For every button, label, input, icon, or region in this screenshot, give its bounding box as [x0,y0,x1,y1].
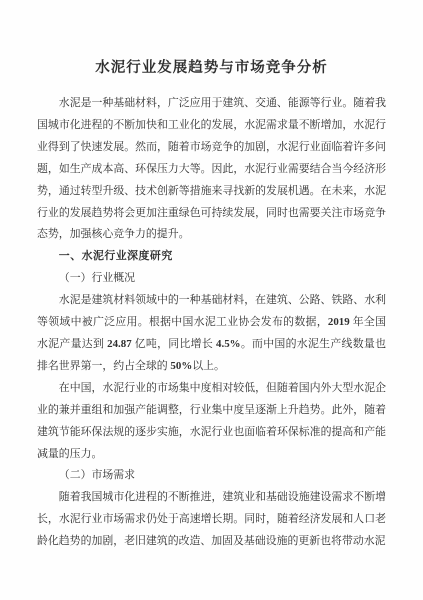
text-run: 50% [170,360,192,372]
document-page: 水泥行业发展趋势与市场竞争分析 水泥是一种基础材料，广泛应用于建筑、交通、能源等… [0,0,423,600]
text-run: 随着我国城市化进程的不断推进，建筑业和基础设施建设需求不断增长，水泥行业市场需求… [37,491,386,547]
text-run: 水泥是一种基础材料，广泛应用于建筑、交通、能源等行业。随着我国城市化进程的不断加… [37,97,386,240]
text-run: 4.5% [216,338,241,350]
heading2: （二）市场需求 [37,465,386,487]
paragraph: 随着我国城市化进程的不断推进，建筑业和基础设施建设需求不断增长，水泥行业市场需求… [37,487,386,553]
paragraph: 水泥是建筑材料领域中的一种基础材料，在建筑、公路、铁路、水利等领域中被广泛应用。… [37,290,386,378]
heading2: （一）行业概况 [37,268,386,290]
heading1: 一、水泥行业深度研究 [37,246,386,268]
document-body: 水泥是一种基础材料，广泛应用于建筑、交通、能源等行业。随着我国城市化进程的不断加… [37,93,386,553]
text-run: 以上。 [192,360,225,372]
text-run: （一）行业概况 [59,272,135,284]
paragraph: 水泥是一种基础材料，广泛应用于建筑、交通、能源等行业。随着我国城市化进程的不断加… [37,93,386,246]
text-run: 24.87 [107,338,132,350]
text-run: （二）市场需求 [59,469,135,481]
document-title: 水泥行业发展趋势与市场竞争分析 [37,58,386,78]
text-run: 一、水泥行业深度研究 [59,250,173,262]
paragraph: 在中国，水泥行业的市场集中度相对较低，但随着国内外大型水泥企业的兼并重组和加强产… [37,378,386,466]
text-run: 在中国，水泥行业的市场集中度相对较低，但随着国内外大型水泥企业的兼并重组和加强产… [37,382,386,460]
text-run: 亿吨，同比增长 [132,338,216,350]
text-run: 2019 [328,316,350,328]
